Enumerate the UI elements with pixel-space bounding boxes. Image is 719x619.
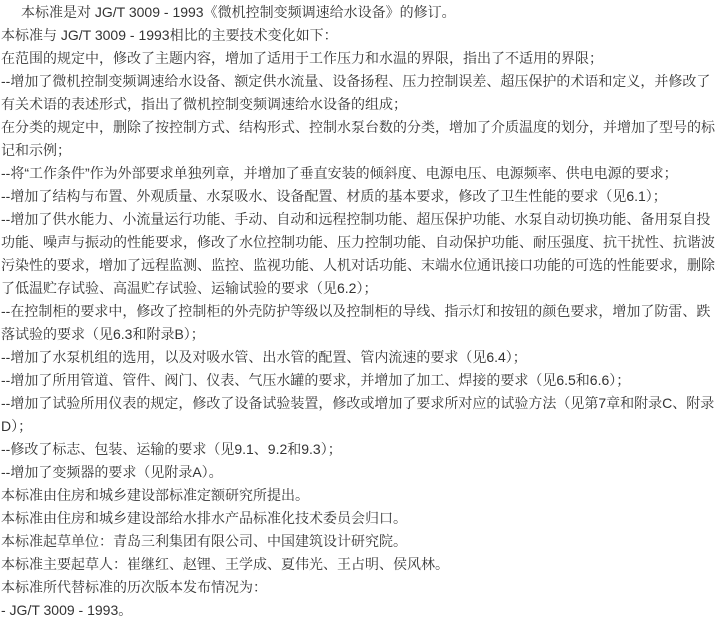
paragraph-previous-edition-item: - JG/T 3009 - 1993。 (1, 599, 719, 619)
paragraph-change-test-methods: --增加了试验所用仪表的规定，修改了设备试验装置，修改或增加了要求所对应的试验方… (1, 392, 719, 438)
paragraph-change-control-cabinet: --在控制柜的要求中，修改了控制柜的外壳防护等级以及控制柜的导线、指示灯和按钮的… (1, 300, 719, 346)
paragraph-change-inverter: --增加了变频器的要求（见附录A）。 (1, 461, 719, 484)
paragraph-proposed-by: 本标准由住房和城乡建设部标准定额研究所提出。 (1, 484, 719, 507)
paragraph-drafting-organizations: 本标准起草单位：青岛三利集团有限公司、中国建筑设计研究院。 (1, 530, 719, 553)
paragraph-change-piping: --增加了所用管道、管件、阀门、仪表、气压水罐的要求，并增加了加工、焊接的要求（… (1, 369, 719, 392)
paragraph-centralized-by: 本标准由住房和城乡建设部给水排水产品标准化技术委员会归口。 (1, 507, 719, 530)
paragraph-change-scope: 在范围的规定中，修改了主题内容，增加了适用于工作压力和水温的界限，指出了不适用的… (1, 47, 719, 70)
paragraph-revision-statement: 本标准是对 JG/T 3009 - 1993《微机控制变频调速给水设备》的修订。 (1, 1, 719, 24)
paragraph-change-working-conditions: --将“工作条件”作为外部要求单独列章，并增加了垂直安装的倾斜度、电源电压、电源… (1, 162, 719, 185)
paragraph-change-performance: --增加了供水能力、小流量运行功能、手动、自动和远程控制功能、超压保护功能、水泵… (1, 208, 719, 300)
paragraph-changes-intro: 本标准与 JG/T 3009 - 1993相比的主要技术变化如下： (1, 24, 719, 47)
paragraph-main-drafters: 本标准主要起草人：崔继红、赵锂、王学成、夏伟光、王占明、侯风林。 (1, 553, 719, 576)
paragraph-change-basic-requirements: --增加了结构与布置、外观质量、水泵吸水、设备配置、材质的基本要求，修改了卫生性… (1, 185, 719, 208)
document-body: 本标准是对 JG/T 3009 - 1993《微机控制变频调速给水设备》的修订。… (0, 0, 719, 619)
paragraph-previous-editions-intro: 本标准所代替标准的历次版本发布情况为： (1, 576, 719, 599)
paragraph-change-pump-units: --增加了水泵机组的选用，以及对吸水管、出水管的配置、管内流速的要求（见6.4）… (1, 346, 719, 369)
paragraph-change-marking-packaging: --修改了标志、包装、运输的要求（见9.1、9.2和9.3）； (1, 438, 719, 461)
paragraph-change-terms: --增加了微机控制变频调速给水设备、额定供水流量、设备扬程、压力控制误差、超压保… (1, 70, 719, 116)
paragraph-change-classification: 在分类的规定中，删除了按控制方式、结构形式、控制水泵台数的分类，增加了介质温度的… (1, 116, 719, 162)
